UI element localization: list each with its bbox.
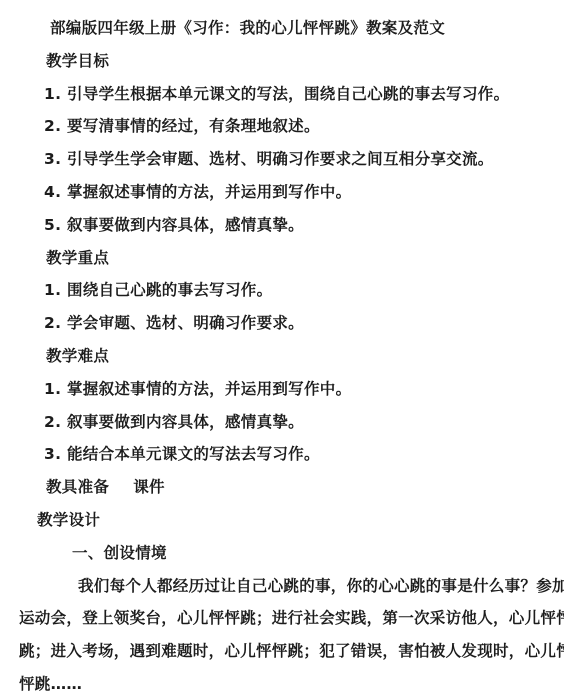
heading-teaching-design: 教学设计 xyxy=(0,504,564,537)
heading-teaching-goals: 教学目标 xyxy=(0,45,564,78)
materials-label: 教具准备 xyxy=(46,478,109,496)
goal-item-3: 3. 引导学生学会审题、选材、明确习作要求之间互相分享交流。 xyxy=(0,143,564,176)
difficulty-item-3: 3. 能结合本单元课文的写法去写习作。 xyxy=(0,438,564,471)
goal-item-5: 5. 叙事要做到内容具体，感情真挚。 xyxy=(0,209,564,242)
heading-materials: 教具准备课件 xyxy=(0,471,564,504)
goal-item-2: 2. 要写清事情的经过，有条理地叙述。 xyxy=(0,110,564,143)
heading-difficulties: 教学难点 xyxy=(0,340,564,373)
paragraph-line-3: 跳；进入考场，遇到难题时，心儿怦怦跳；犯了错误，害怕被人发现时，心儿怦 xyxy=(0,635,564,668)
goal-item-4: 4. 掌握叙述事情的方法，并运用到写作中。 xyxy=(0,176,564,209)
paragraph-line-4: 怦跳…… xyxy=(0,668,564,699)
key-point-item-1: 1. 围绕自己心跳的事去写习作。 xyxy=(0,274,564,307)
key-point-item-2: 2. 学会审题、选材、明确习作要求。 xyxy=(0,307,564,340)
materials-value: 课件 xyxy=(133,478,165,496)
subheading-create-scenario: 一、创设情境 xyxy=(0,537,564,570)
difficulty-item-1: 1. 掌握叙述事情的方法，并运用到写作中。 xyxy=(0,373,564,406)
document-page: 部编版四年级上册《习作：我的心儿怦怦跳》教案及范文 教学目标 1. 引导学生根据… xyxy=(0,0,564,699)
difficulty-item-2: 2. 叙事要做到内容具体，感情真挚。 xyxy=(0,406,564,439)
goal-item-1: 1. 引导学生根据本单元课文的写法，围绕自己心跳的事去写习作。 xyxy=(0,78,564,111)
paragraph-line-2: 运动会，登上领奖台，心儿怦怦跳；进行社会实践，第一次采访他人，心儿怦怦 xyxy=(0,602,564,635)
paragraph-line-1: 我们每个人都经历过让自己心跳的事，你的心心跳的事是什么事？参加 xyxy=(0,570,564,603)
heading-key-points: 教学重点 xyxy=(0,242,564,275)
doc-title: 部编版四年级上册《习作：我的心儿怦怦跳》教案及范文 xyxy=(0,12,564,45)
